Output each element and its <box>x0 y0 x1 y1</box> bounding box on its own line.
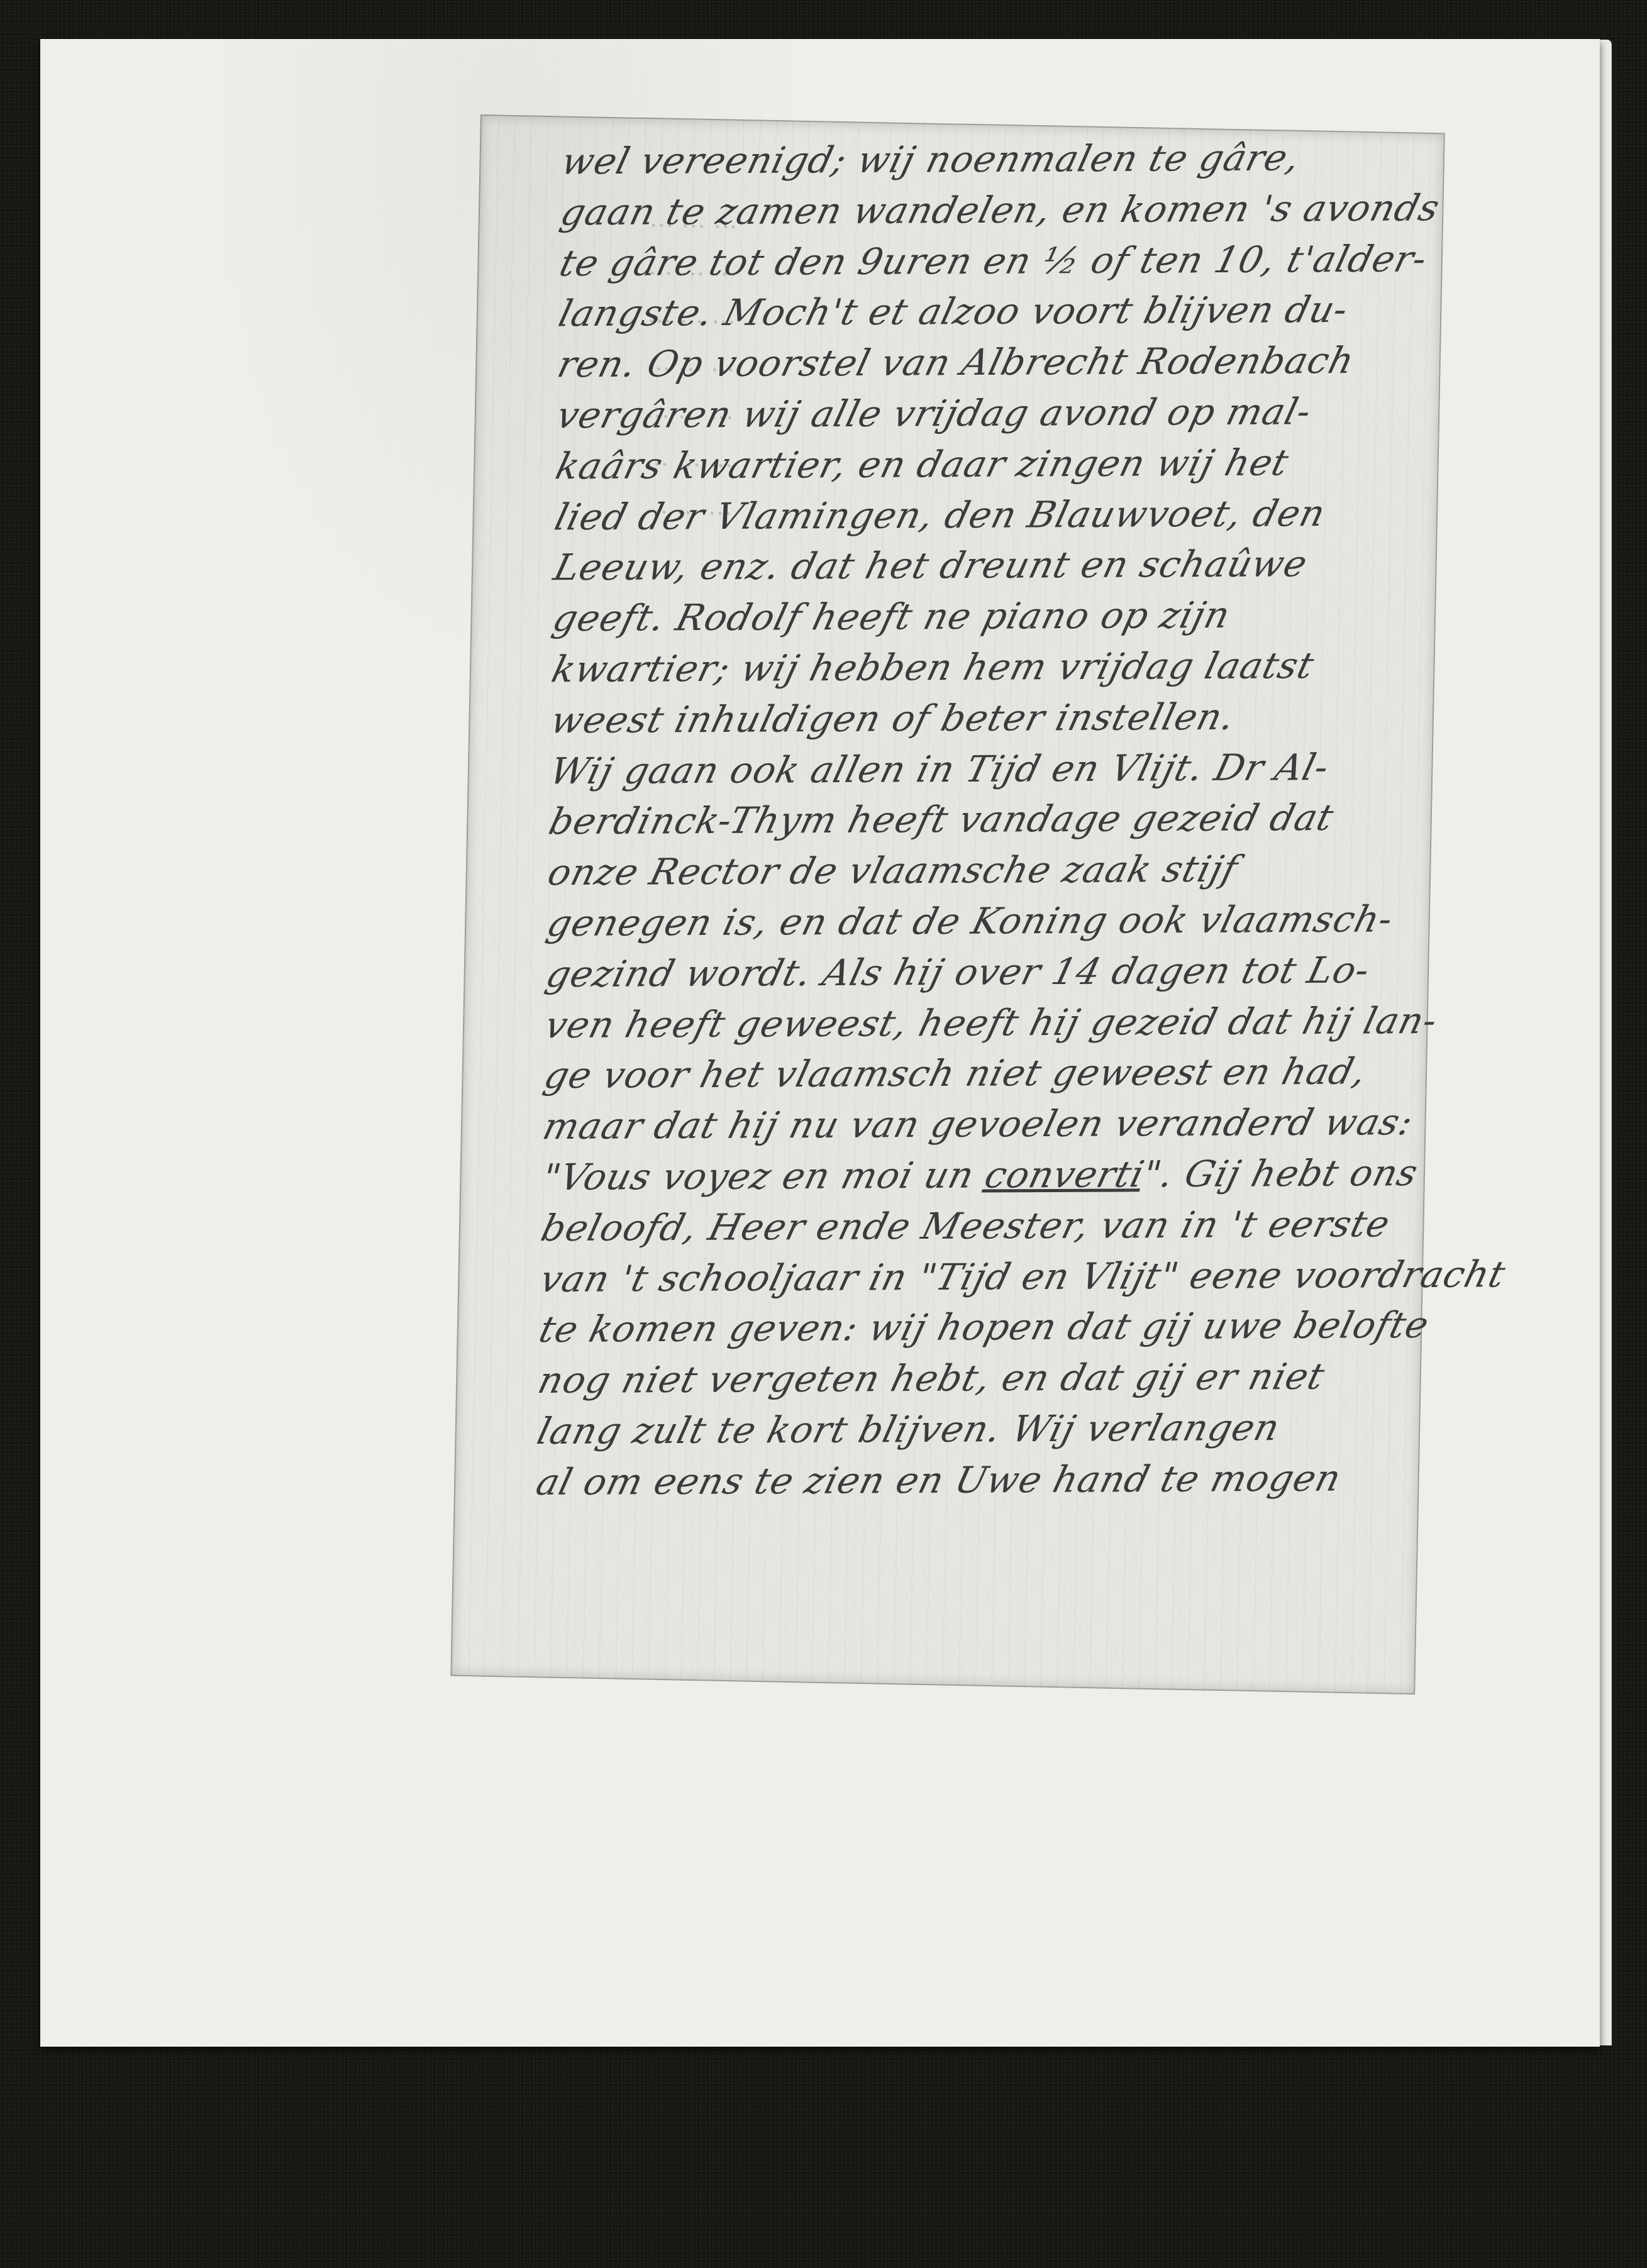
letter-line-21: "Vous voyez en moi un converti". Gij heb… <box>537 1148 1410 1202</box>
letter-line-14: berdinck-Thym heeft vandage gezeid dat <box>544 792 1417 847</box>
letter-line-22: beloofd, Heer ende Meester, van in 't ee… <box>536 1198 1409 1253</box>
letter-line-17: gezind wordt. Als hij over 14 dagen tot … <box>541 944 1414 999</box>
letter-line-23: van 't schooljaar in "Tijd en Vlijt" een… <box>535 1249 1408 1304</box>
letter-line-3: te gâre tot den 9uren en ½ of ten 10, t'… <box>555 233 1428 288</box>
letter-line-12: weest inhuldigen of beter instellen. <box>546 690 1419 745</box>
letter-line-16: genegen is, en dat de Koning ook vlaamsc… <box>541 893 1414 948</box>
letter-line-11: kwartier; wij hebben hem vrijdag laatst <box>546 640 1419 695</box>
letter-line-1: wel vereenigd; wij noenmalen te gâre, <box>557 132 1429 187</box>
letter-line-20: maar dat hij nu van gevoelen veranderd w… <box>538 1097 1411 1152</box>
letter-line-15: onze Rector de vlaamsche zaak stijf <box>543 843 1416 898</box>
letter-line-19: ge voor het vlaamsch niet geweest en had… <box>539 1046 1412 1101</box>
letter-line-13: Wij gaan ook allen in Tijd en Vlijt. Dr … <box>545 741 1417 796</box>
letter-line-6: vergâren wij alle vrijdag avond op mal- <box>552 386 1424 441</box>
letter-line-10: geeft. Rodolf heeft ne piano op zijn <box>548 589 1421 644</box>
letter-line-5: ren. Op voorstel van Albrecht Rodenbach <box>553 335 1426 390</box>
handwritten-letter-body: wel vereenigd; wij noenmalen te gâre, ga… <box>536 136 1418 1524</box>
letter-photograph: ... ... ... ... ... ... ... ... ... ... … <box>450 114 1445 1695</box>
letter-line-25: nog niet vergeten hebt, en dat gij er ni… <box>533 1351 1406 1406</box>
letter-line-24: te komen geven: wij hopen dat gij uwe be… <box>534 1300 1407 1355</box>
letter-line-9: Leeuw, enz. dat het dreunt en schaûwe <box>548 538 1421 593</box>
letter-line-27: al om eens te zien en Uwe hand te mogen <box>531 1452 1404 1507</box>
letter-line-18: ven heeft geweest, heeft hij gezeid dat … <box>540 995 1412 1050</box>
mount-paper: ... ... ... ... ... ... ... ... ... ... … <box>40 39 1600 2047</box>
underlined-word: converti <box>980 1153 1149 1196</box>
letter-line-7: kaârs kwartier, en daar zingen wij het <box>550 436 1423 491</box>
letter-line-26: lang zult te kort blijven. Wij verlangen <box>532 1402 1405 1456</box>
letter-line-4: langste. Moch't et alzoo voort blijven d… <box>553 284 1426 339</box>
letter-line-8: lied der Vlamingen, den Blauwvoet, den <box>550 487 1422 542</box>
letter-line-2: gaan te zamen wandelen, en komen 's avon… <box>555 183 1428 238</box>
